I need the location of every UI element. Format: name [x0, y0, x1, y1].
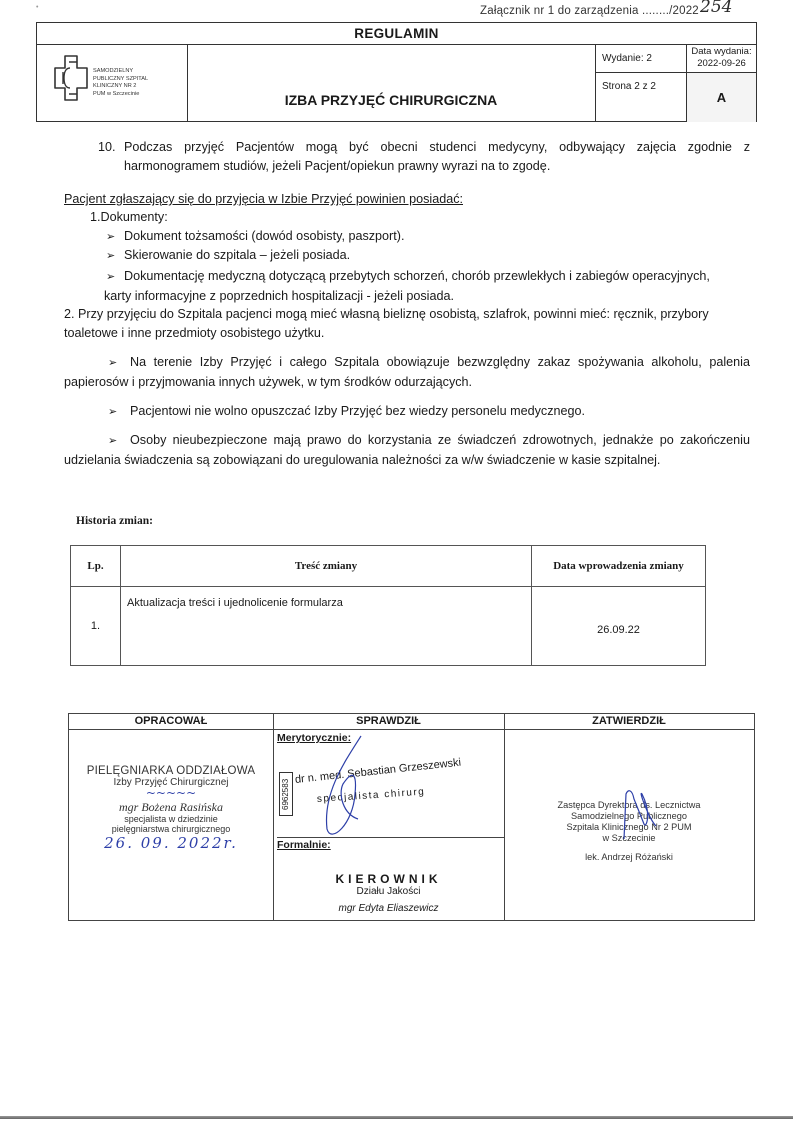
hospital-cross-logo-icon: [53, 54, 89, 102]
handwritten-number: 254: [700, 0, 732, 17]
version-letter: A: [687, 73, 756, 122]
divider: [277, 837, 504, 838]
scan-mark: •: [36, 4, 38, 11]
approved-header: ZATWIERDZIŁ: [504, 714, 754, 730]
arrow-bullet-icon: ➢: [64, 432, 130, 451]
arrow-bullet-icon: ➢: [106, 228, 124, 247]
formal-label: Formalnie:: [277, 839, 331, 851]
hospital-name-text: SAMODZIELNY PUBLICZNY SZPITAL KLINICZNY …: [93, 68, 148, 98]
document-header-table: REGULAMIN SAMODZIELNY PUBLICZNY SZPITAL …: [36, 22, 757, 122]
history-label: Historia zmian:: [76, 515, 153, 527]
row-content: Aktualizacja treści i ujednolicenie form…: [121, 587, 532, 666]
documents-label: 1.Dokumenty:: [90, 208, 168, 227]
row-lp: 1.: [71, 587, 121, 666]
handwritten-signature: ~~~~~: [69, 788, 273, 800]
stamp-number: 6962583: [279, 772, 293, 816]
item-10: 10. Podczas przyjęć Pacjentów mogą być o…: [100, 138, 750, 176]
document-item: ➢Dokument tożsamości (dowód osobisty, pa…: [106, 227, 404, 247]
point-2: 2. Przy przyjęciu do Szpitala pacjenci m…: [64, 305, 754, 343]
substantive-label: Merytorycznie:: [273, 730, 504, 744]
handwritten-date: 26. 09. 2022r.: [69, 834, 273, 852]
prepared-stamp: PIELĘGNIARKA ODDZIAŁOWA Izby Przyjęć Chi…: [69, 765, 273, 852]
rule-item: ➢Osoby nieubezpieczone mają prawo do kor…: [64, 431, 750, 470]
approved-column: ZATWIERDZIŁ Zastępca Dyrektora ds. Leczn…: [504, 714, 754, 920]
document-item-continuation: karty informacyjne z poprzednich hospita…: [104, 287, 454, 306]
arrow-bullet-icon: ➢: [106, 268, 124, 287]
arrow-bullet-icon: ➢: [64, 403, 130, 422]
history-table: Lp. Treść zmiany Data wprowadzenia zmian…: [70, 545, 706, 666]
requirements-heading: Pacjent zgłaszający się do przyjęcia w I…: [64, 190, 463, 209]
row-date: 26.09.22: [532, 587, 706, 666]
edition: Wydanie: 2: [596, 44, 687, 73]
issue-date: Data wydania: 2022-09-26: [687, 44, 756, 73]
rule-item: ➢Na terenie Izby Przyjęć i całego Szpita…: [64, 353, 750, 392]
handwritten-signature-icon: [614, 784, 664, 844]
arrow-bullet-icon: ➢: [64, 354, 130, 373]
page-bottom-edge: [0, 1116, 793, 1119]
rule-item: ➢Pacjentowi nie wolno opuszczać Izby Prz…: [64, 402, 750, 422]
table-row: 1. Aktualizacja treści i ujednolicenie f…: [71, 587, 706, 666]
checked-column: SPRAWDZIŁ Merytorycznie: 6962583 dr n. m…: [273, 714, 505, 920]
hospital-logo: SAMODZIELNY PUBLICZNY SZPITAL KLINICZNY …: [37, 44, 188, 122]
col-date: Data wprowadzenia zmiany: [532, 546, 706, 587]
unit-name: IZBA PRZYJĘĆ CHIRURGICZNA: [187, 44, 596, 122]
col-lp: Lp.: [71, 546, 121, 587]
document-item: ➢Dokumentację medyczną dotyczącą przebyt…: [106, 267, 710, 287]
checked-header: SPRAWDZIŁ: [273, 714, 504, 730]
attachment-note: Załącznik nr 1 do zarządzenia ......../2…: [480, 5, 699, 17]
col-content: Treść zmiany: [121, 546, 532, 587]
history-header-row: Lp. Treść zmiany Data wprowadzenia zmian…: [71, 546, 706, 587]
prepared-column: OPRACOWAŁ PIELĘGNIARKA ODDZIAŁOWA Izby P…: [69, 714, 274, 920]
signature-table: OPRACOWAŁ PIELĘGNIARKA ODDZIAŁOWA Izby P…: [68, 713, 755, 921]
prepared-header: OPRACOWAŁ: [69, 714, 273, 730]
document-item: ➢Skierowanie do szpitala – jeżeli posiad…: [106, 246, 350, 266]
page-number: Strona 2 z 2: [596, 73, 687, 122]
document-type-title: REGULAMIN: [37, 23, 756, 45]
handwritten-signature-icon: [313, 734, 383, 844]
formal-stamp: KIEROWNIK Działu Jakości mgr Edyta Elias…: [273, 872, 504, 914]
arrow-bullet-icon: ➢: [106, 247, 124, 266]
